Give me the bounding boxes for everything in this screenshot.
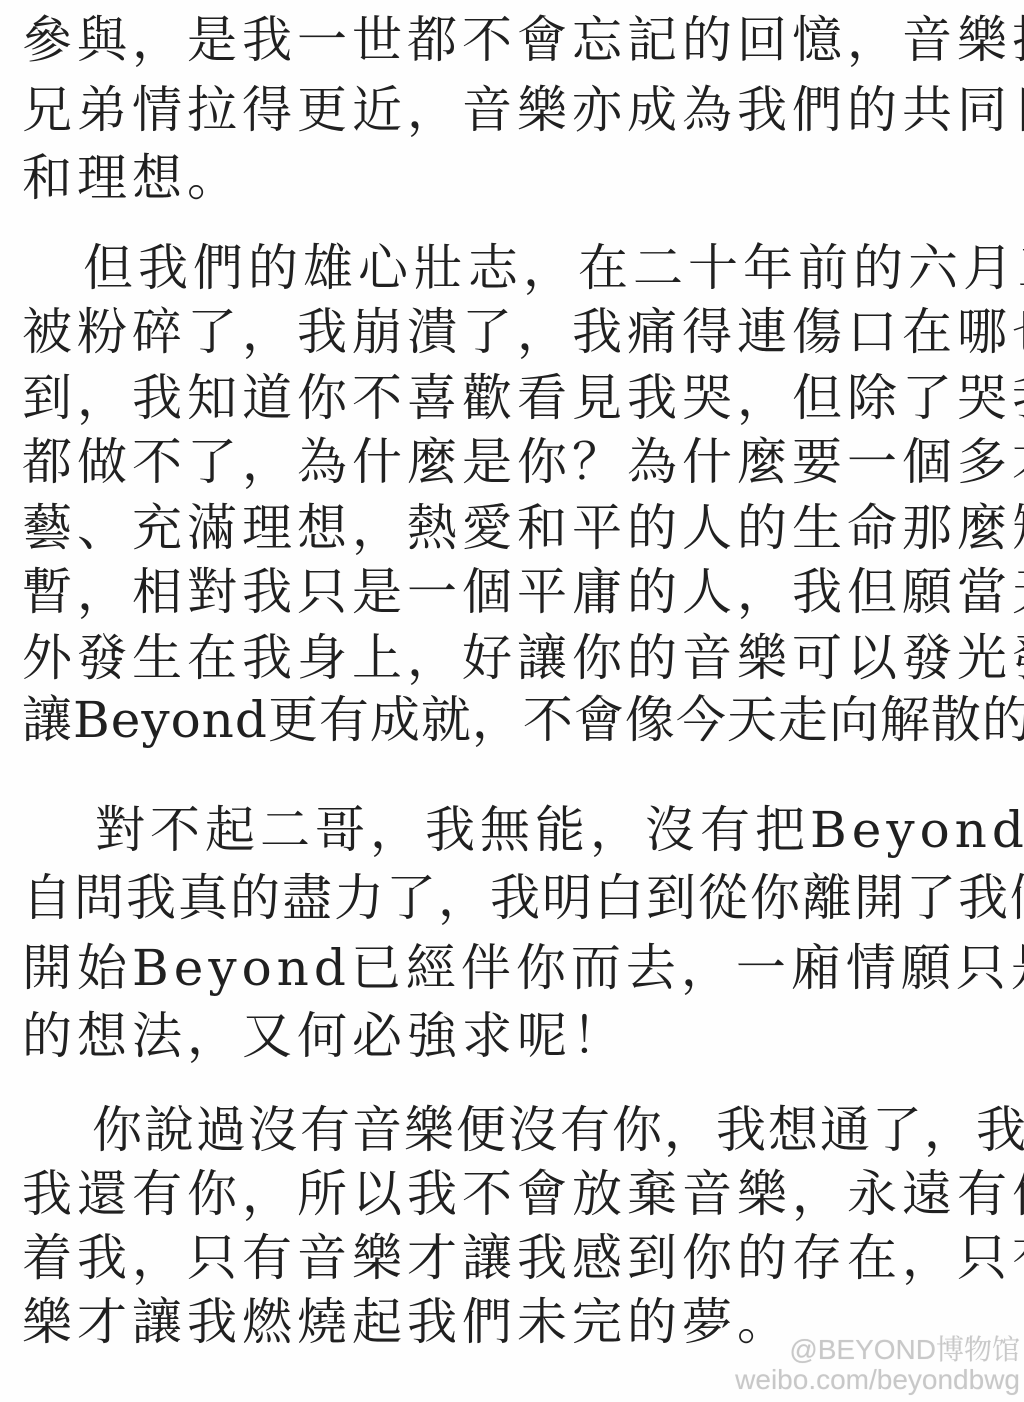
letter-line: 讓Beyond更有成就，不會像今天走向解散的命運。 [22,690,1024,750]
letter-page: 參與，是我一世都不會忘記的回憶，音樂把我們的 兄弟情拉得更近，音樂亦成為我們的共… [0,0,1024,1402]
letter-line: 自問我真的盡力了，我明白到從你離開了我們一刻 [22,868,1024,928]
letter-line: 你說過沒有音樂便沒有你，我想通了，我有音樂， [40,1100,1024,1160]
letter-line: 藝、充滿理想，熱愛和平的人的生命那麼短 [22,498,1024,558]
letter-line: 參與，是我一世都不會忘記的回憶，音樂把我們的 [22,10,1024,70]
letter-line: 我還有你，所以我不會放棄音樂，永遠有你陪伴 [22,1164,1024,1224]
letter-line: 着我，只有音樂才讓我感到你的存在，只有音 [22,1228,1024,1288]
letter-line: 到，我知道你不喜歡看見我哭，但除了哭我什麼 [22,368,1024,428]
watermark-handle: @BEYOND博物馆 [789,1328,1020,1368]
letter-line: 都做不了，為什麼是你？為什麼要一個多才多 [22,432,1024,492]
letter-line: 暫，相對我只是一個平庸的人，我但願當天的意 [22,562,1024,622]
letter-line: 的想法，又何必強求呢！ [22,1006,627,1066]
letter-line: 和理想。 [22,148,242,208]
letter-line: 樂才讓我燃燒起我們未完的夢。 [22,1292,792,1352]
letter-line: 對不起二哥，我無能，沒有把Beyond守護好， [40,800,1024,860]
letter-line: 被粉碎了，我崩潰了，我痛得連傷口在哪也找不 [22,302,1024,362]
letter-line: 外發生在我身上，好讓你的音樂可以發光發熱， [22,628,1024,688]
letter-line: 開始Beyond已經伴你而去，一廂情願只是我天真 [22,938,1024,998]
letter-line: 兄弟情拉得更近，音樂亦成為我們的共同目標、 [22,80,1024,140]
letter-line: 但我們的雄心壯志，在二十年前的六月三十日 [28,238,1024,298]
watermark-url: weibo.com/beyondbwg [735,1364,1020,1396]
